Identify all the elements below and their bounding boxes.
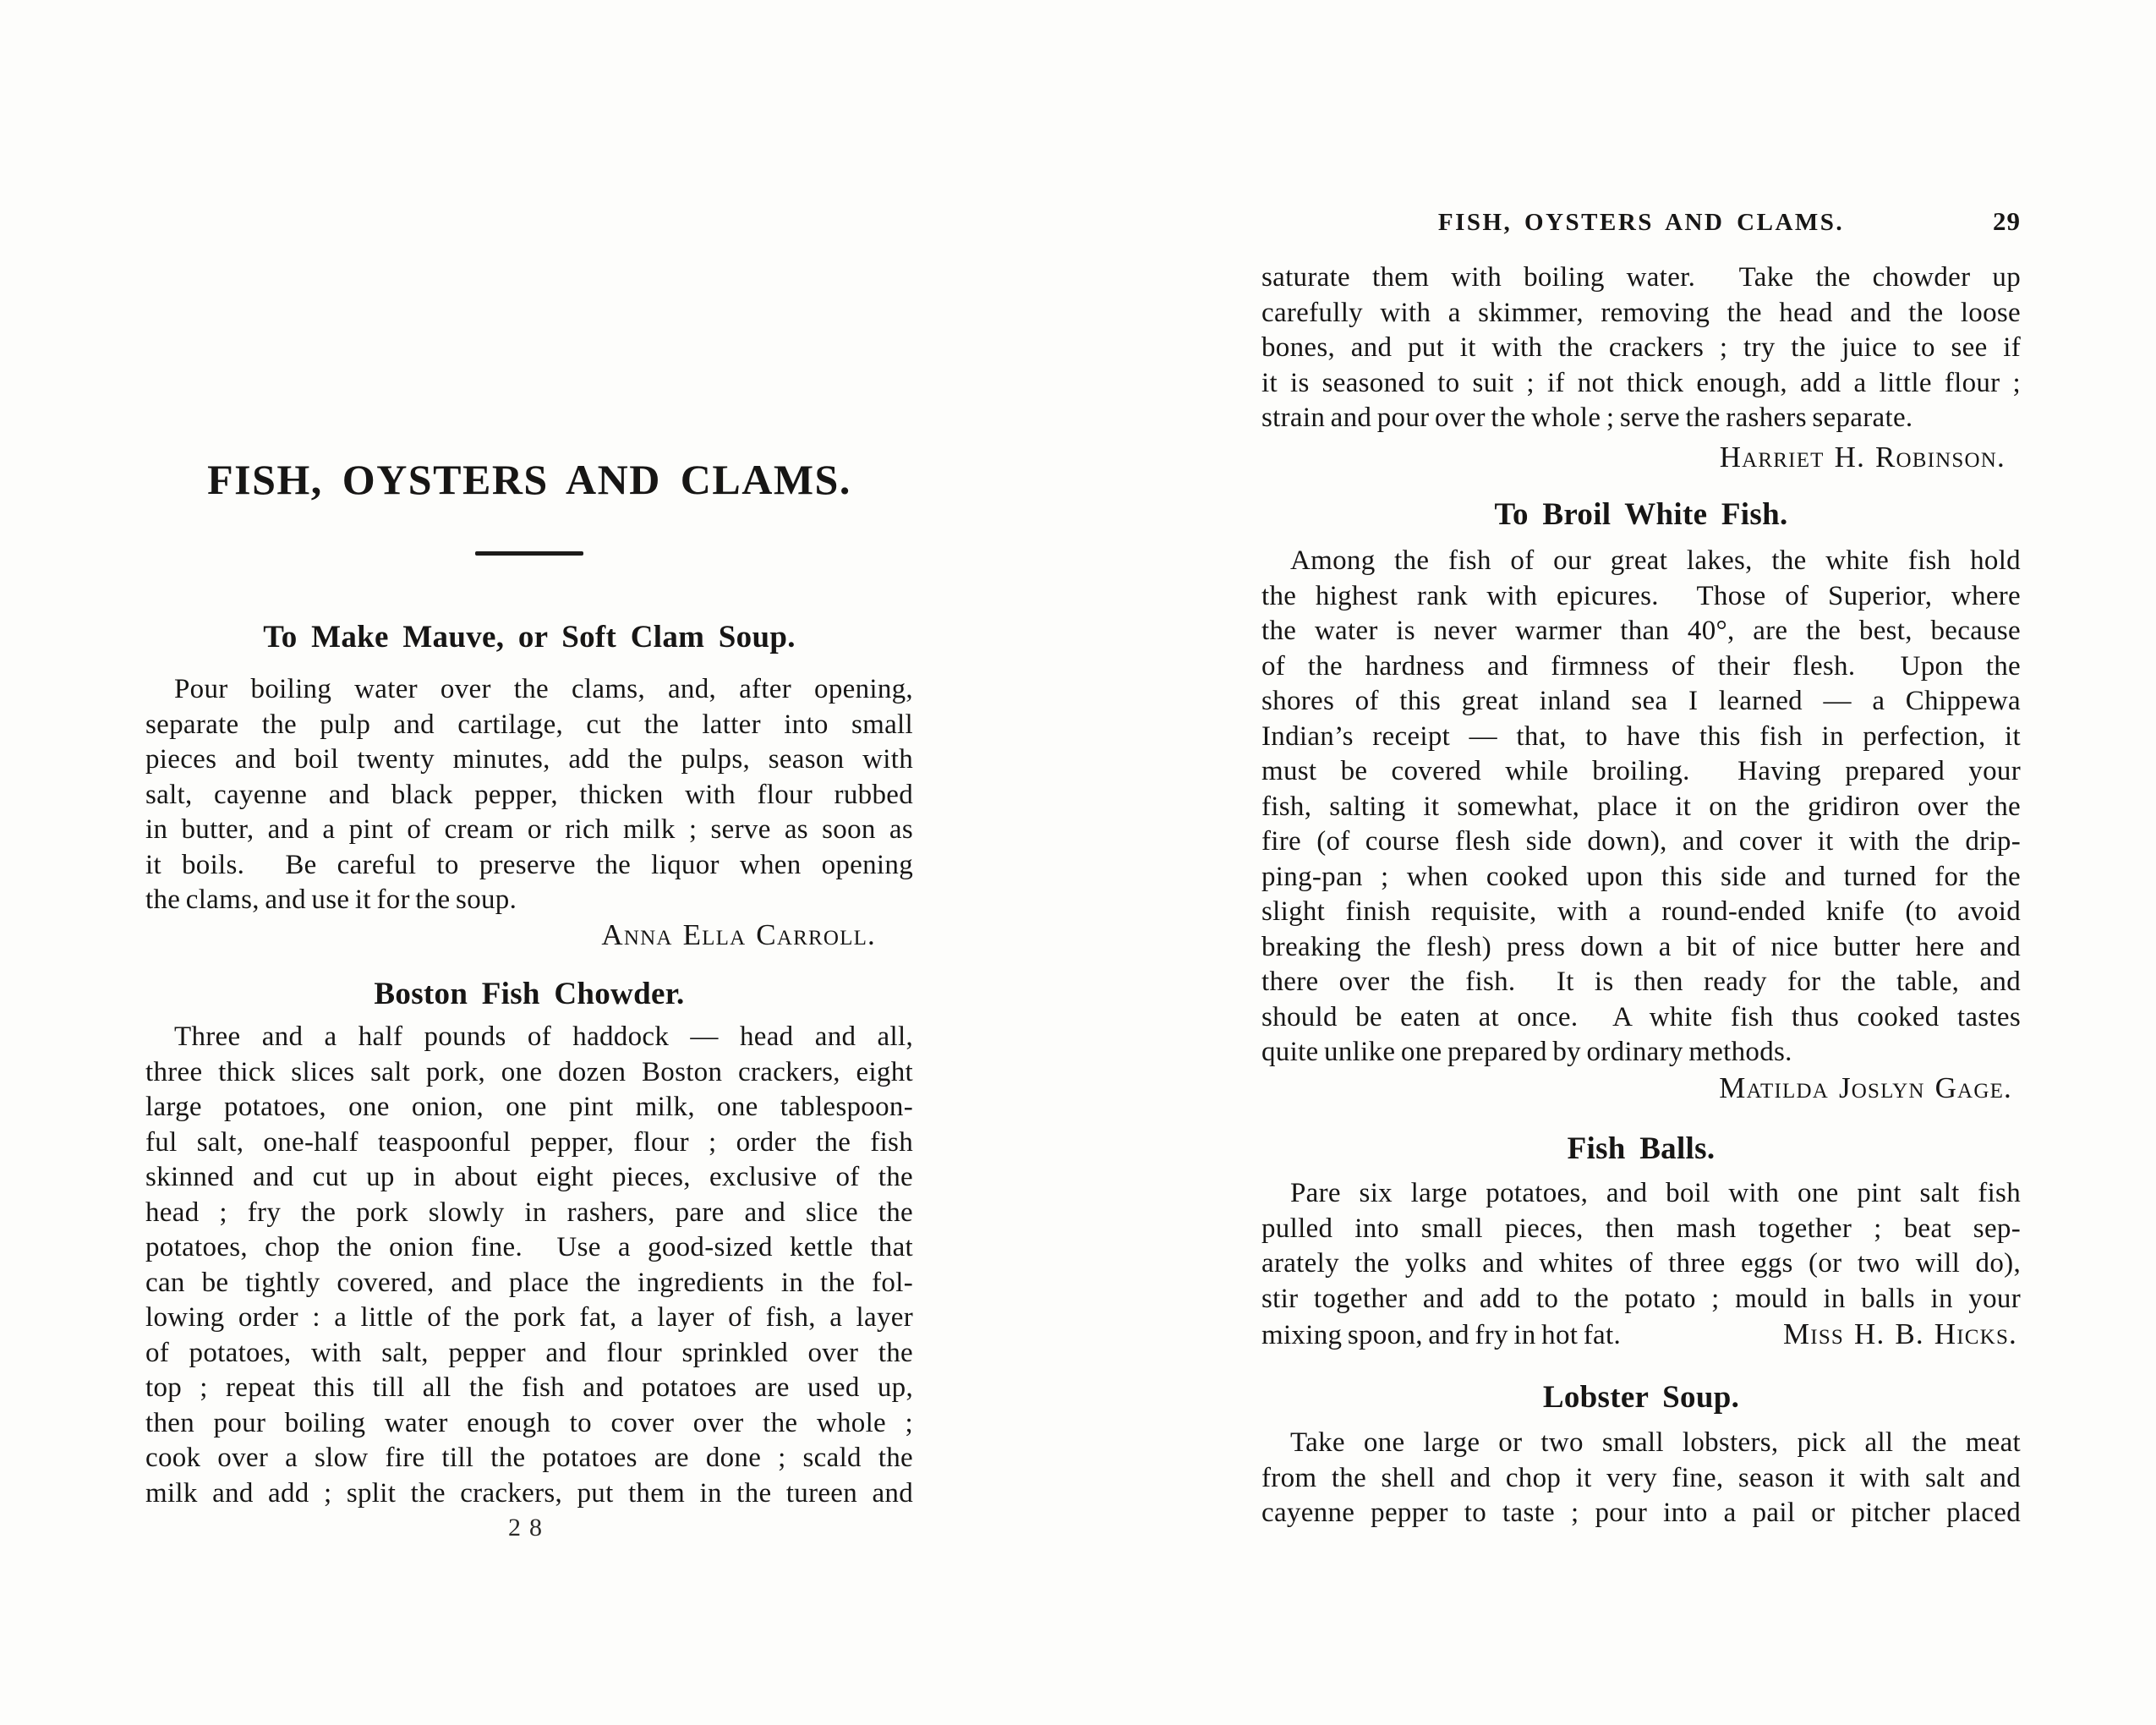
text-line: saturate them with boiling water. Take t… bbox=[1261, 260, 2021, 296]
text-line: cayenne pepper to taste ; pour into a pa… bbox=[1261, 1496, 2021, 1531]
chapter-title: FISH, OYSTERS AND CLAMS. bbox=[145, 455, 913, 504]
text-line: salt, cayenne and black pepper, thicken … bbox=[145, 778, 913, 813]
text-line: must be covered while broiling. Having p… bbox=[1261, 754, 2021, 790]
running-header-title: FISH, OYSTERS AND CLAMS. bbox=[1438, 209, 1844, 236]
text-line: skinned and cut up in about eight pieces… bbox=[145, 1160, 913, 1196]
text-line: bones, and put it with the crackers ; tr… bbox=[1261, 331, 2021, 366]
text-line: it boils. Be careful to preserve the liq… bbox=[145, 848, 913, 884]
attribution-gage: Matilda Joslyn Gage. bbox=[1261, 1071, 2021, 1106]
text-line: fish, salting it somewhat, place it on t… bbox=[1261, 790, 2021, 825]
text-line: separate the pulp and cartilage, cut the… bbox=[145, 708, 913, 743]
left-page-number: 28 bbox=[145, 1514, 913, 1542]
text-line: from the shell and chop it very fine, se… bbox=[1261, 1461, 2021, 1497]
text-line: milk and add ; split the crackers, put t… bbox=[145, 1476, 913, 1512]
text-line: large potatoes, one onion, one pint milk… bbox=[145, 1090, 913, 1125]
text-line: there over the fish. It is then ready fo… bbox=[1261, 965, 2021, 1000]
paragraph-lobster-soup: Take one large or two small lobsters, pi… bbox=[1261, 1426, 2021, 1531]
paragraph-chowder-continuation: saturate them with boiling water. Take t… bbox=[1261, 260, 2021, 436]
text-line: pieces and boil twenty minutes, add the … bbox=[145, 742, 913, 778]
text-line: shores of this great inland sea I learne… bbox=[1261, 684, 2021, 720]
text-line: stir together and add to the potato ; mo… bbox=[1261, 1282, 2021, 1317]
section-heading-lobster-soup: Lobster Soup. bbox=[1261, 1380, 2021, 1416]
section-heading-boston-fish-chowder: Boston Fish Chowder. bbox=[145, 977, 913, 1012]
running-header: FISH, OYSTERS AND CLAMS. 29 bbox=[1261, 208, 2021, 237]
text-line: cook over a slow fire till the potatoes … bbox=[145, 1441, 913, 1476]
text-line: head ; fry the pork slowly in rashers, p… bbox=[145, 1196, 913, 1231]
fish-balls-last-line: mixing spoon, and fry in hot fat. Miss H… bbox=[1261, 1317, 2021, 1354]
fish-balls-lines: Pare six large potatoes, and boil with o… bbox=[1261, 1176, 2021, 1317]
book-spread: FISH, OYSTERS AND CLAMS. To Make Mauve, … bbox=[0, 0, 2156, 1725]
title-rule bbox=[475, 551, 583, 556]
paragraph-clam-soup: Pour boiling water over the clams, and, … bbox=[145, 672, 913, 918]
fish-balls-last-line-text: mixing spoon, and fry in hot fat. bbox=[1261, 1318, 1621, 1354]
section-heading-fish-balls: Fish Balls. bbox=[1261, 1131, 2021, 1167]
paragraph-boston-fish-chowder: Three and a half pounds of haddock — hea… bbox=[145, 1020, 913, 1511]
text-line: slight finish requisite, with a round-en… bbox=[1261, 895, 2021, 930]
text-line: Pare six large potatoes, and boil with o… bbox=[1261, 1176, 2021, 1212]
attribution-hicks: Miss H. B. Hicks. bbox=[1783, 1317, 2021, 1352]
attribution-carroll: Anna Ella Carroll. bbox=[145, 917, 913, 953]
text-line: lowing order : a little of the pork fat,… bbox=[145, 1301, 913, 1336]
text-line: then pour boiling water enough to cover … bbox=[145, 1406, 913, 1442]
paragraph-broil-white-fish: Among the fish of our great lakes, the w… bbox=[1261, 544, 2021, 1071]
text-line: of the hardness and firmness of their fl… bbox=[1261, 649, 2021, 685]
paragraph-fish-balls: Pare six large potatoes, and boil with o… bbox=[1261, 1176, 2021, 1354]
text-line: three thick slices salt pork, one dozen … bbox=[145, 1055, 913, 1091]
text-line: can be tightly covered, and place the in… bbox=[145, 1266, 913, 1301]
right-page-number: 29 bbox=[1993, 207, 2021, 236]
text-line: should be eaten at once. A white fish th… bbox=[1261, 1000, 2021, 1036]
text-line: ful salt, one-half teaspoonful pepper, f… bbox=[145, 1125, 913, 1161]
text-line: potatoes, chop the onion fine. Use a goo… bbox=[145, 1230, 913, 1266]
section-heading-broil-white-fish: To Broil White Fish. bbox=[1261, 497, 2021, 533]
text-line: Among the fish of our great lakes, the w… bbox=[1261, 544, 2021, 579]
text-line: pulled into small pieces, then mash toge… bbox=[1261, 1212, 2021, 1247]
text-line: arately the yolks and whites of three eg… bbox=[1261, 1246, 2021, 1282]
attribution-robinson: Harriet H. Robinson. bbox=[1261, 440, 2021, 475]
text-line: Take one large or two small lobsters, pi… bbox=[1261, 1426, 2021, 1461]
text-line: strain and pour over the whole ; serve t… bbox=[1261, 401, 2021, 436]
section-heading-clam-soup: To Make Mauve, or Soft Clam Soup. bbox=[145, 620, 913, 655]
text-line: carefully with a skimmer, removing the h… bbox=[1261, 296, 2021, 331]
right-page: FISH, OYSTERS AND CLAMS. 29 saturate the… bbox=[1261, 0, 2021, 1725]
text-line: fire (of course flesh side down), and co… bbox=[1261, 824, 2021, 860]
text-line: ping-pan ; when cooked upon this side an… bbox=[1261, 860, 2021, 895]
text-line: the highest rank with epicures. Those of… bbox=[1261, 579, 2021, 615]
text-line: top ; repeat this till all the fish and … bbox=[145, 1371, 913, 1406]
text-line: it is seasoned to suit ; if not thick en… bbox=[1261, 366, 2021, 402]
text-line: the water is never warmer than 40°, are … bbox=[1261, 614, 2021, 649]
left-page: FISH, OYSTERS AND CLAMS. To Make Mauve, … bbox=[145, 0, 913, 1725]
text-line: breaking the flesh) press down a bit of … bbox=[1261, 930, 2021, 966]
text-line: Pour boiling water over the clams, and, … bbox=[145, 672, 913, 708]
text-line: Indian’s receipt — that, to have this fi… bbox=[1261, 720, 2021, 755]
text-line: Three and a half pounds of haddock — hea… bbox=[145, 1020, 913, 1055]
text-line: quite unlike one prepared by ordinary me… bbox=[1261, 1035, 2021, 1071]
text-line: of potatoes, with salt, pepper and flour… bbox=[145, 1336, 913, 1372]
text-line: the clams, and use it for the soup. bbox=[145, 883, 913, 918]
text-line: in butter, and a pint of cream or rich m… bbox=[145, 813, 913, 848]
